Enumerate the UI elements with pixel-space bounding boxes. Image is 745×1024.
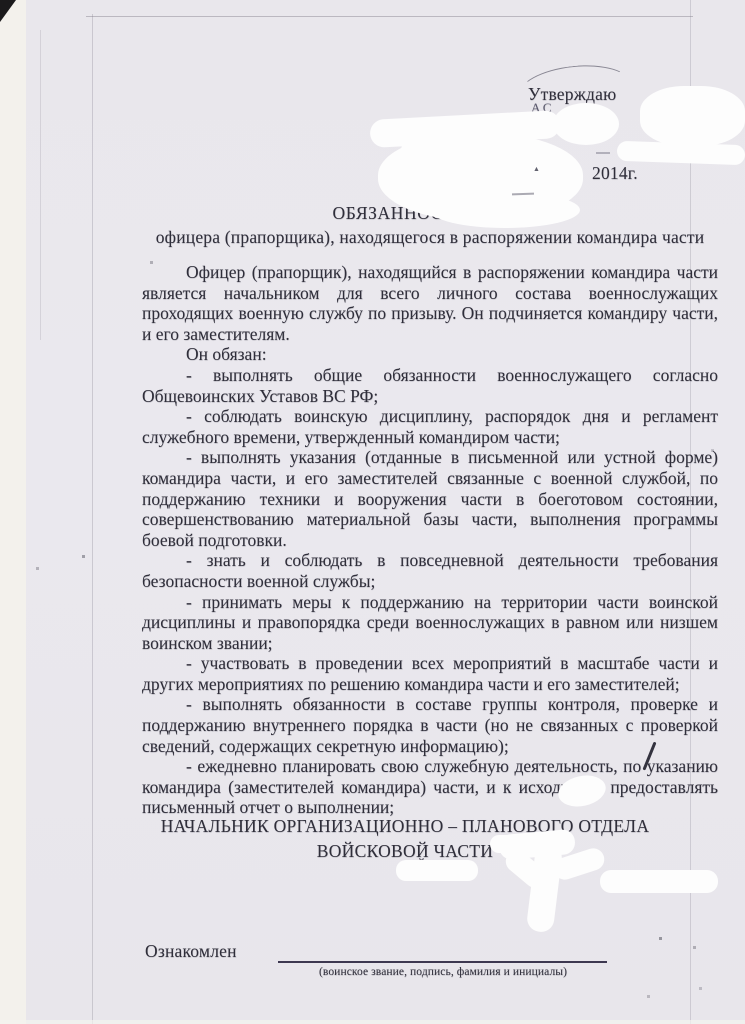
document-subtitle: офицера (прапорщика), находящегося в рас… [142, 227, 718, 248]
body-paragraph: Он обязан: [142, 344, 718, 365]
fold-line-left [92, 14, 93, 1024]
body-paragraph: - выполнять указания (отданные в письмен… [142, 447, 718, 550]
signature-line [278, 936, 607, 963]
body-paragraph: Офицер (прапорщик), находящийся в распор… [142, 262, 718, 344]
signatory-title-block: НАЧАЛЬНИК ОРГАНИЗАЦИОННО – ПЛАНОВОГО ОТД… [142, 814, 718, 864]
redaction-blob [396, 860, 478, 881]
acknowledged-label: Ознакомлен [145, 941, 237, 962]
redaction-blob [640, 86, 745, 146]
redaction-blob [600, 870, 718, 893]
body-paragraph: - соблюдать воинскую дисциплину, распоря… [142, 406, 718, 447]
signatory-title-line1: НАЧАЛЬНИК ОРГАНИЗАЦИОННО – ПЛАНОВОГО ОТД… [142, 814, 668, 839]
scan-top-line [86, 16, 693, 17]
redaction-blob [553, 103, 619, 145]
body-paragraph: - ежедневно планировать свою служебную д… [142, 756, 718, 818]
stamp-remnant-dash [596, 152, 610, 154]
scan-noise-specks [0, 0, 1, 1]
body-paragraph: - принимать меры к поддержанию на террит… [142, 592, 718, 654]
body-paragraph: - знать и соблюдать в повседневной деяте… [142, 550, 718, 591]
body-paragraph: - участвовать в проведении всех мероприя… [142, 653, 718, 694]
scanner-edge-strip [0, 0, 26, 1024]
scan-bottom-edge [0, 1020, 745, 1024]
scanned-document-page: Утверждаю АС 2014г. ▲ ОБЯЗАННОСТИ офицер… [0, 0, 745, 1024]
body-paragraph: - выполнять обязанности в составе группы… [142, 694, 718, 756]
fold-line-left-faint [40, 30, 41, 340]
approval-date: 2014г. [592, 163, 638, 184]
stamp-remnant-mark: ▲ [533, 165, 540, 173]
document-body: Офицер (прапорщик), находящийся в распор… [142, 262, 718, 818]
signature-line-caption: (воинское звание, подпись, фамилия и ини… [278, 966, 608, 978]
redaction-blob [430, 192, 580, 228]
body-paragraph: - выполнять общие обязанности военнослуж… [142, 365, 718, 406]
